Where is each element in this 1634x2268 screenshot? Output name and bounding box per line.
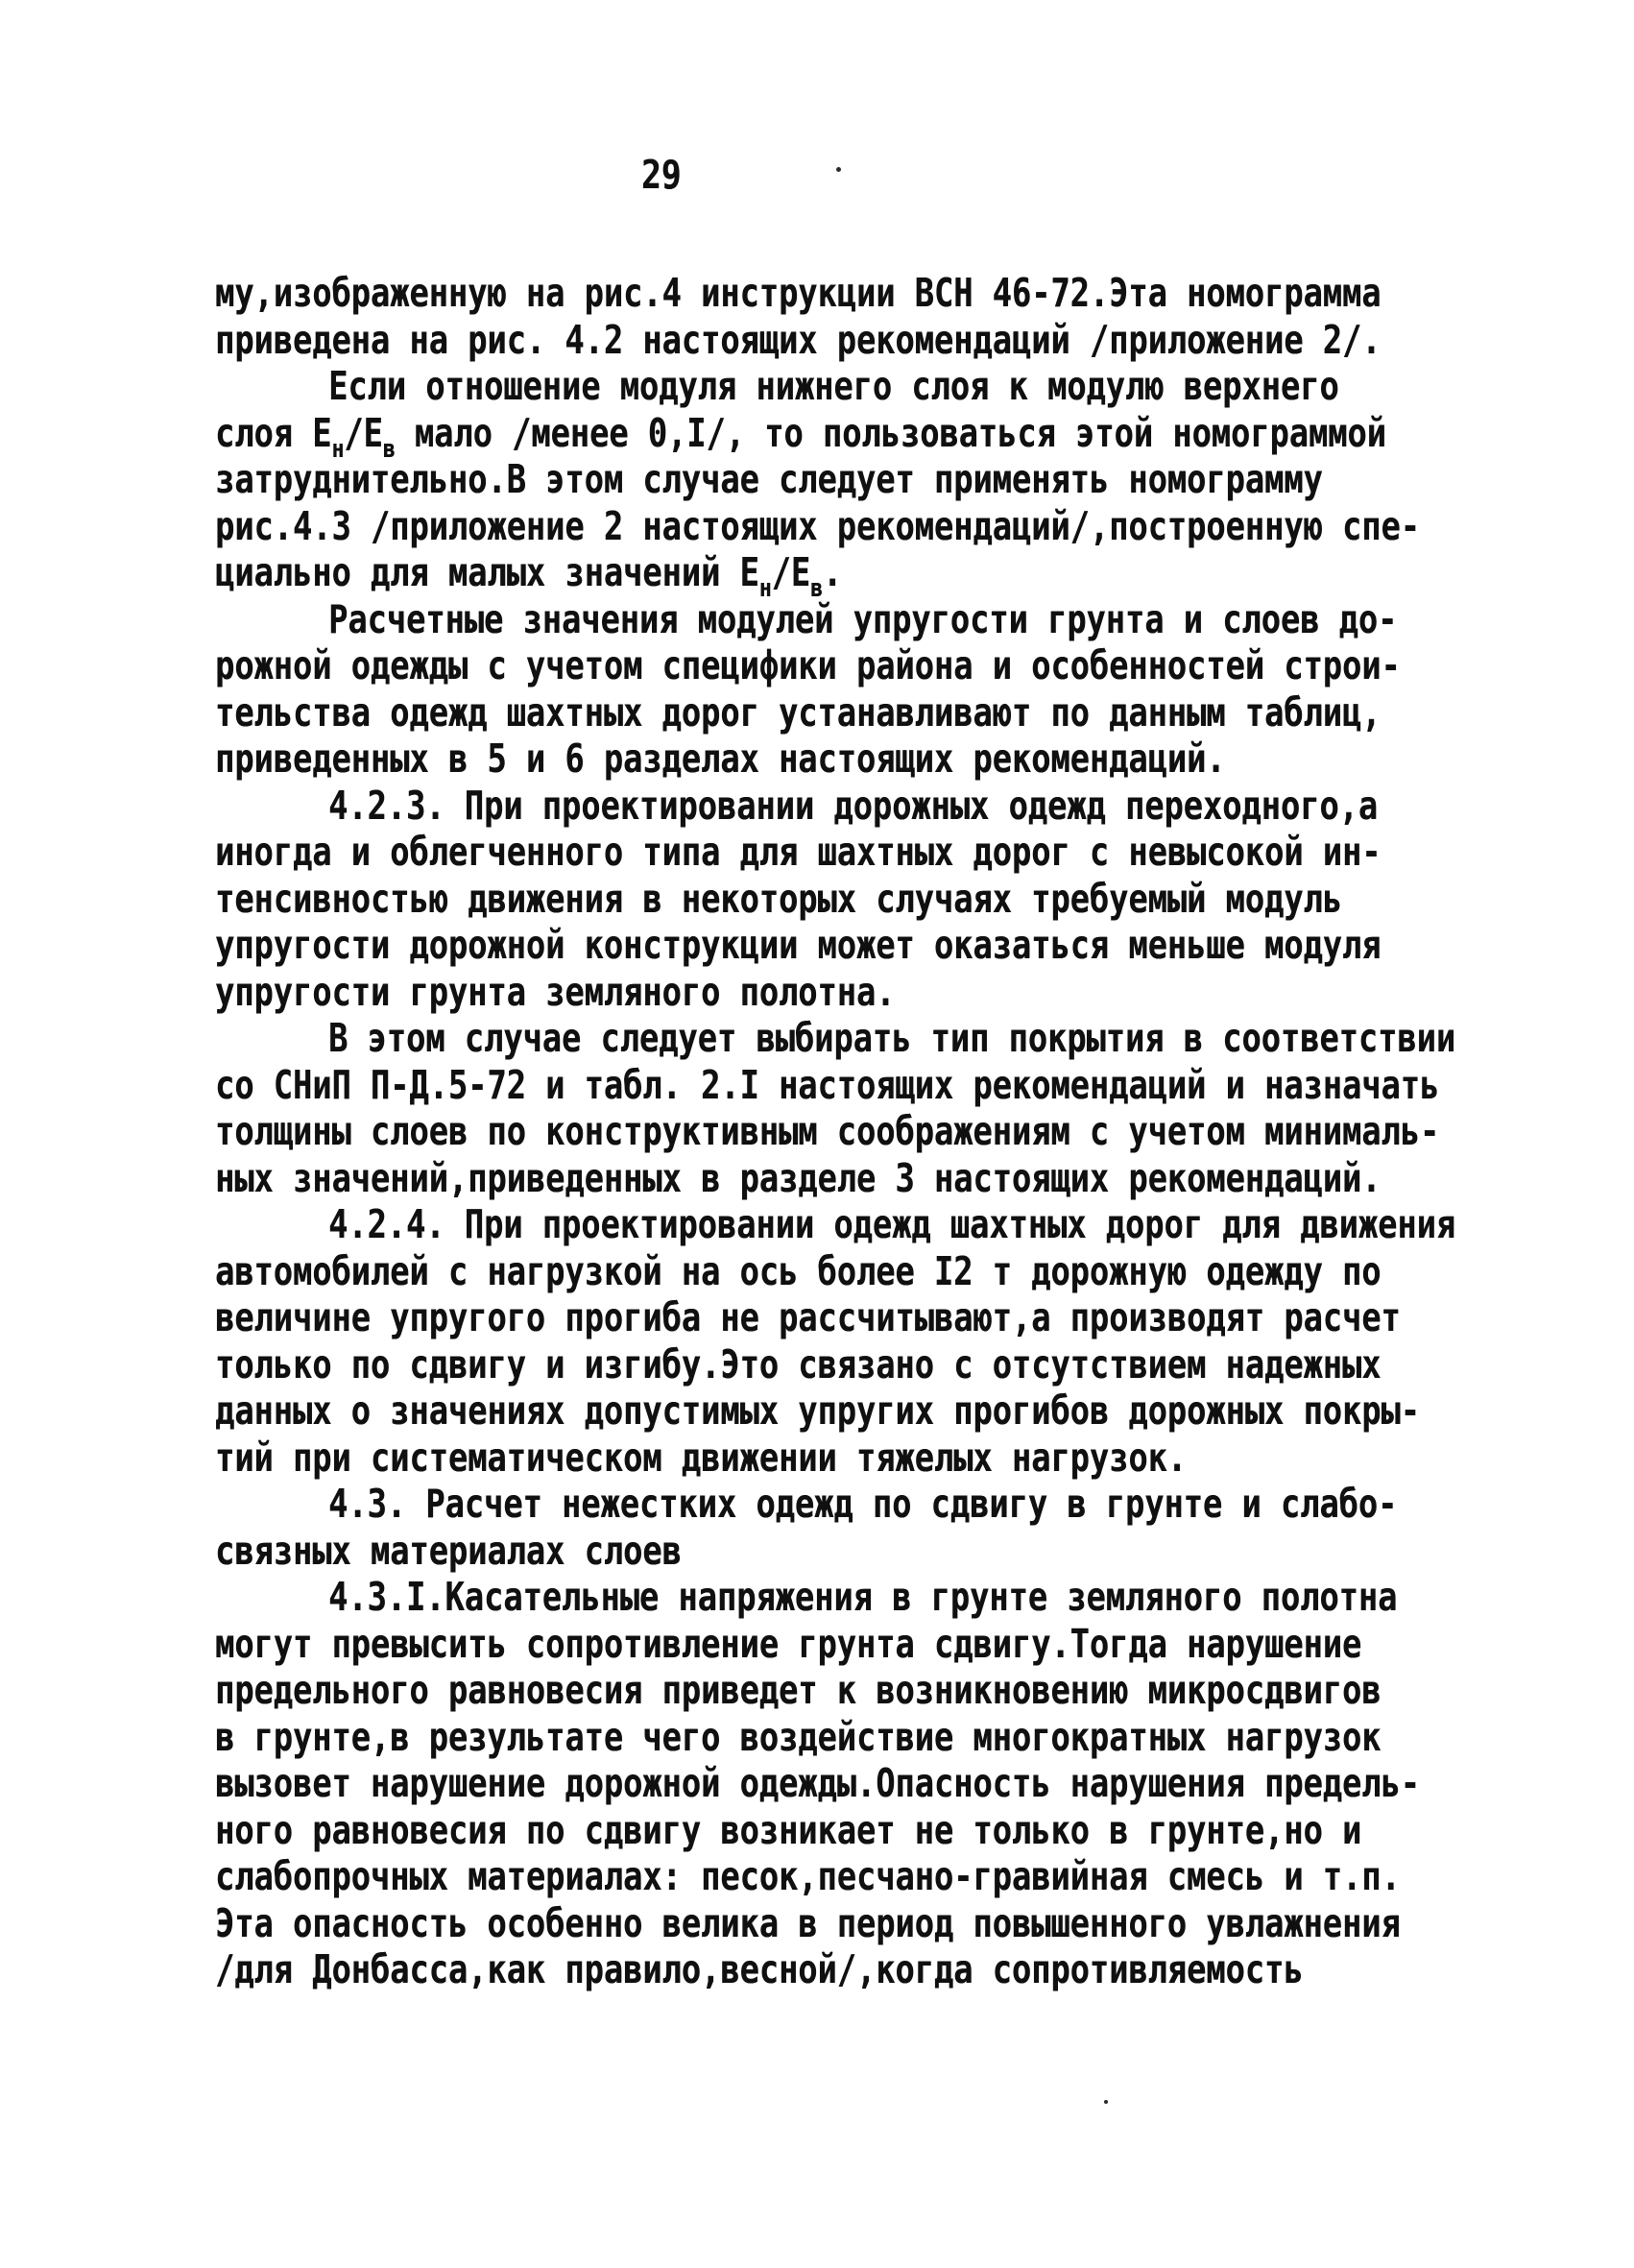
- text-line: связных материалах слоев: [215, 1528, 1428, 1575]
- text-line: 4.2.4. При проектировании одежд шахтных …: [215, 1201, 1428, 1248]
- text-line: вызовет нарушение дорожной одежды.Опасно…: [215, 1760, 1428, 1807]
- text-line: тий при систематическом движении тяжелых…: [215, 1435, 1428, 1482]
- text-line: автомобилей с нагрузкой на ось более I2 …: [215, 1248, 1428, 1295]
- text-segment: данных о значениях допустимых упругих пр…: [215, 1387, 1420, 1434]
- text-segment: толщины слоев по конструктивным соображе…: [215, 1108, 1439, 1154]
- text-line: тенсивностью движения в некоторых случая…: [215, 876, 1428, 923]
- text-segment: тий при систематическом движении тяжелых…: [215, 1435, 1187, 1481]
- text-segment: приведенных в 5 и 6 разделах настоящих р…: [215, 736, 1226, 782]
- text-segment: в грунте,в результате чего воздействие м…: [215, 1714, 1381, 1760]
- text-line: /для Донбасса,как правило,весной/,когда …: [215, 1946, 1428, 1993]
- text-segment: упругости дорожной конструкции может ока…: [215, 922, 1381, 968]
- text-line: рожной одежды с учетом специфики района …: [215, 642, 1428, 689]
- text-segment: /Е: [344, 410, 382, 456]
- text-segment: Если отношение модуля нижнего слоя к мод…: [328, 363, 1339, 409]
- text-segment: предельного равновесия приведет к возник…: [215, 1667, 1381, 1713]
- text-segment: тенсивностью движения в некоторых случая…: [215, 876, 1342, 922]
- text-segment: со СНиП П-Д.5-72 и табл. 2.I настоящих р…: [215, 1062, 1439, 1108]
- text-segment: слабопрочных материалах: песок,песчано-г…: [215, 1853, 1401, 1899]
- text-segment: упругости грунта земляного полотна.: [215, 969, 895, 1015]
- text-line: со СНиП П-Д.5-72 и табл. 2.I настоящих р…: [215, 1062, 1428, 1109]
- subscript: в: [810, 574, 823, 603]
- text-segment: связных материалах слоев: [215, 1528, 682, 1574]
- text-segment: 4.2.3. При проектировании дорожных одежд…: [328, 783, 1378, 829]
- text-line: приведена на рис. 4.2 настоящих рекоменд…: [215, 317, 1428, 364]
- text-segment: 4.3. Расчет нежестких одежд по сдвигу в …: [328, 1481, 1397, 1527]
- text-segment: Эта опасность особенно велика в период п…: [215, 1900, 1401, 1946]
- text-line: иногда и облегченного типа для шахтных д…: [215, 829, 1428, 876]
- text-segment: только по сдвигу и изгибу.Это связано с …: [215, 1341, 1381, 1387]
- text-line: 4.2.3. При проектировании дорожных одежд…: [215, 783, 1428, 830]
- text-segment: /для Донбасса,как правило,весной/,когда …: [215, 1946, 1303, 1992]
- text-segment: рожной одежды с учетом специфики района …: [215, 642, 1401, 688]
- text-segment: могут превысить сопротивление грунта сдв…: [215, 1621, 1361, 1667]
- text-line: ных значений,приведенных в разделе 3 нас…: [215, 1155, 1428, 1202]
- text-line: предельного равновесия приведет к возник…: [215, 1667, 1428, 1714]
- text-block: му,изображенную на рис.4 инструкции ВСН …: [215, 270, 1428, 1993]
- text-line: величине упругого прогиба не рассчитываю…: [215, 1294, 1428, 1341]
- text-segment: иногда и облегченного типа для шахтных д…: [215, 829, 1381, 875]
- scan-speck: [836, 167, 841, 172]
- text-segment: В этом случае следует выбирать тип покры…: [328, 1015, 1455, 1061]
- text-segment: рис.4.3 /приложение 2 настоящих рекоменд…: [215, 503, 1420, 549]
- text-segment: затруднительно.В этом случае следует при…: [215, 456, 1323, 502]
- document-page: 29 му,изображенную на рис.4 инструкции В…: [0, 0, 1634, 2268]
- subscript: в: [383, 435, 396, 464]
- text-line: толщины слоев по конструктивным соображе…: [215, 1108, 1428, 1155]
- text-line: затруднительно.В этом случае следует при…: [215, 456, 1428, 503]
- text-line: рис.4.3 /приложение 2 настоящих рекоменд…: [215, 503, 1428, 550]
- text-segment: .: [823, 549, 842, 595]
- text-segment: ных значений,приведенных в разделе 3 нас…: [215, 1155, 1381, 1201]
- text-line: В этом случае следует выбирать тип покры…: [215, 1015, 1428, 1062]
- text-line: 4.3.I.Касательные напряжения в грунте зе…: [215, 1574, 1428, 1621]
- scan-speck: [1104, 2100, 1108, 2104]
- text-line: слабопрочных материалах: песок,песчано-г…: [215, 1853, 1428, 1900]
- text-line: приведенных в 5 и 6 разделах настоящих р…: [215, 736, 1428, 783]
- text-segment: величине упругого прогиба не рассчитываю…: [215, 1294, 1401, 1340]
- text-segment: автомобилей с нагрузкой на ось более I2 …: [215, 1248, 1381, 1294]
- text-segment: приведена на рис. 4.2 настоящих рекоменд…: [215, 317, 1381, 363]
- text-segment: 4.3.I.Касательные напряжения в грунте зе…: [328, 1574, 1397, 1620]
- text-line: циально для малых значений Ен/Ев.: [215, 549, 1428, 596]
- text-segment: му,изображенную на рис.4 инструкции ВСН …: [215, 270, 1381, 316]
- text-segment: /Е: [772, 549, 810, 595]
- text-line: упругости грунта земляного полотна.: [215, 969, 1428, 1016]
- text-line: данных о значениях допустимых упругих пр…: [215, 1387, 1428, 1435]
- subscript: н: [331, 435, 344, 464]
- text-line: упругости дорожной конструкции может ока…: [215, 922, 1428, 969]
- text-segment: тельства одежд шахтных дорог устанавлива…: [215, 689, 1381, 736]
- text-line: могут превысить сопротивление грунта сдв…: [215, 1621, 1428, 1668]
- text-segment: 4.2.4. При проектировании одежд шахтных …: [328, 1201, 1455, 1247]
- text-line: тельства одежд шахтных дорог устанавлива…: [215, 689, 1428, 736]
- text-line: только по сдвигу и изгибу.Это связано с …: [215, 1341, 1428, 1388]
- text-line: Если отношение модуля нижнего слоя к мод…: [215, 363, 1428, 410]
- text-line: му,изображенную на рис.4 инструкции ВСН …: [215, 270, 1428, 317]
- text-line: слоя Ен/Ев мало /менее 0,I/, то пользова…: [215, 410, 1428, 457]
- page-number: 29: [641, 156, 681, 195]
- text-line: 4.3. Расчет нежестких одежд по сдвигу в …: [215, 1481, 1428, 1528]
- text-segment: Расчетные значения модулей упругости гру…: [328, 596, 1397, 642]
- subscript: н: [759, 574, 772, 603]
- text-line: в грунте,в результате чего воздействие м…: [215, 1714, 1428, 1761]
- text-segment: вызовет нарушение дорожной одежды.Опасно…: [215, 1760, 1420, 1806]
- text-line: ного равновесия по сдвигу возникает не т…: [215, 1807, 1428, 1854]
- text-line: Эта опасность особенно велика в период п…: [215, 1900, 1428, 1947]
- text-segment: ного равновесия по сдвигу возникает не т…: [215, 1807, 1361, 1853]
- text-segment: слоя Е: [215, 410, 331, 456]
- text-segment: мало /менее 0,I/, то пользоваться этой н…: [396, 410, 1386, 456]
- text-segment: циально для малых значений Е: [215, 549, 759, 595]
